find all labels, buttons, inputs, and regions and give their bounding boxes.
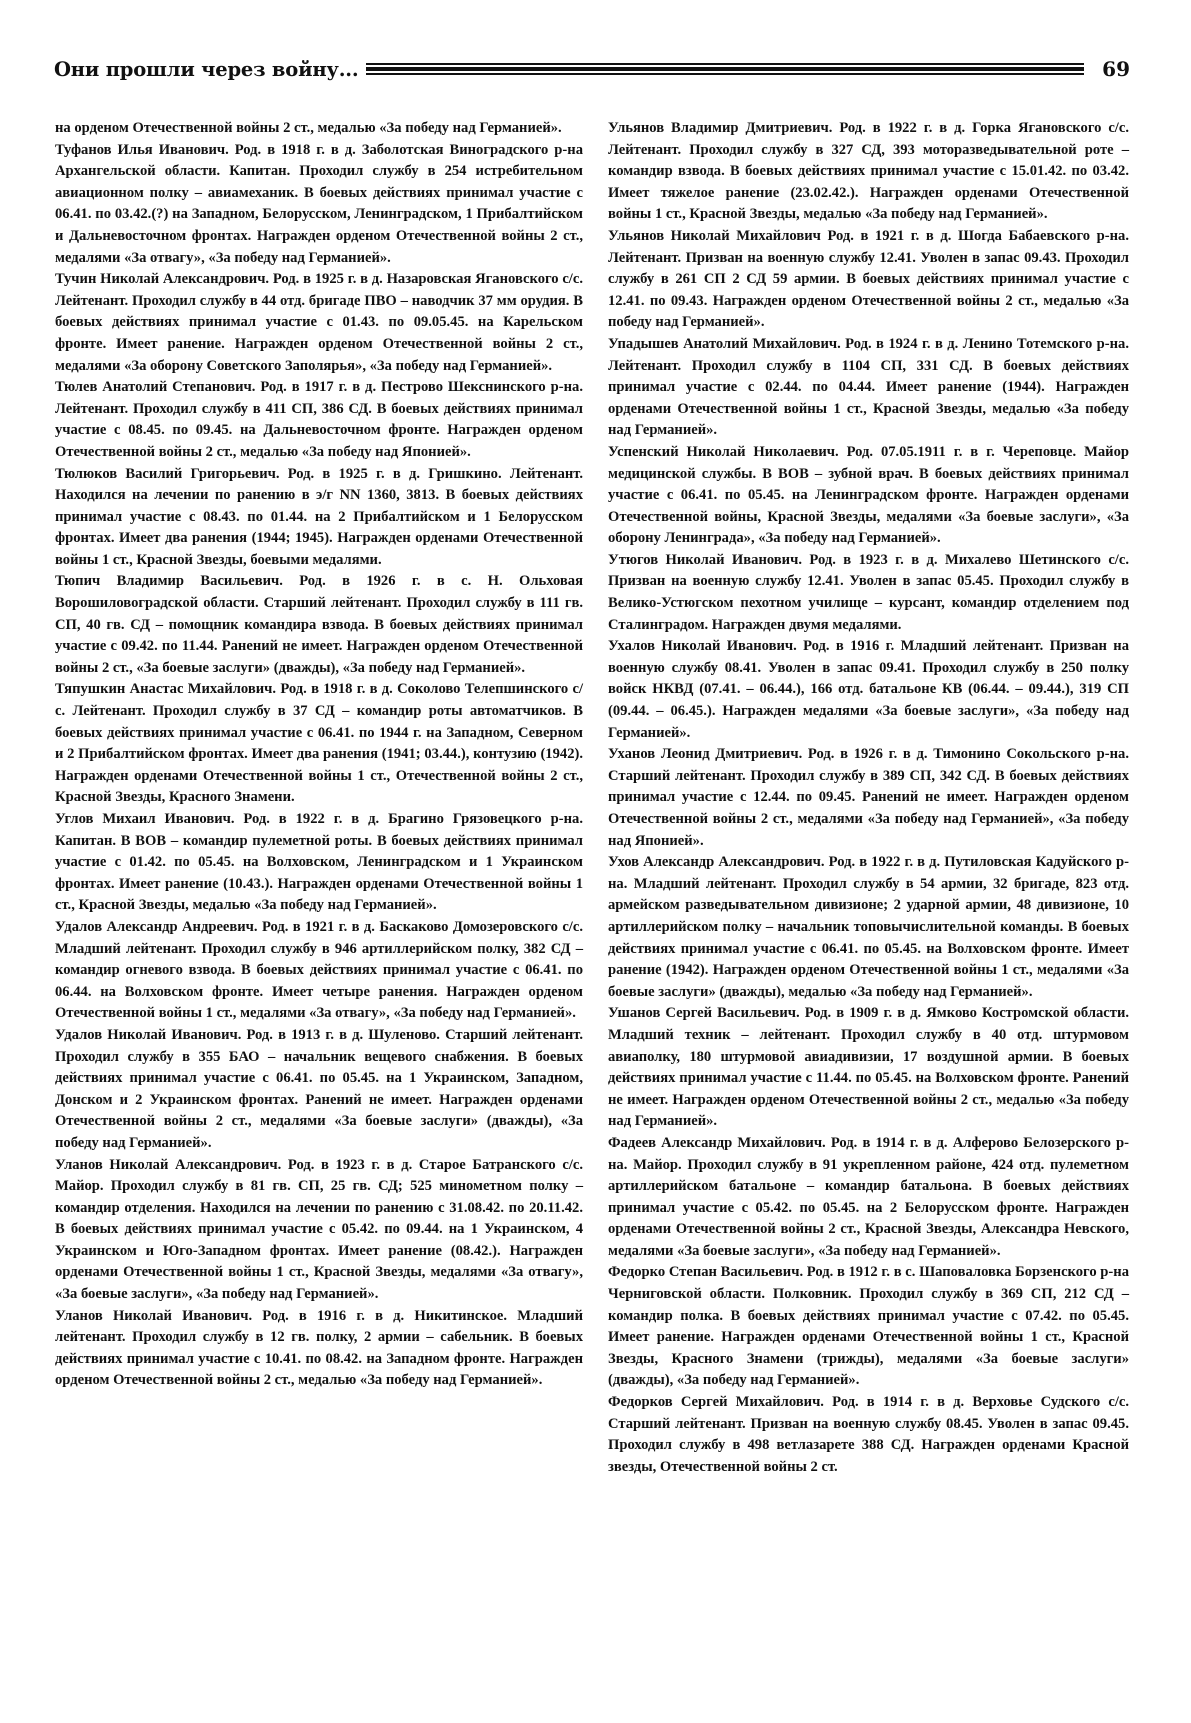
entry-name: Туфанов Илья Иванович.: [55, 142, 229, 158]
entry-text: Род. в 1922 г. в д. Путиловская Кадуйско…: [608, 854, 1129, 1000]
entry-name: Уланов Николай Иванович.: [55, 1308, 252, 1324]
entry-tyulyukov: Тюлюков Василий Григорьевич. Род. в 1925…: [55, 464, 583, 572]
entry-tyulev: Тюлев Анатолий Степанович. Род. в 1917 г…: [55, 377, 583, 463]
entry-fedorkov: Федорков Сергей Михайлович. Род. в 1914 …: [608, 1392, 1129, 1478]
entry-continuation: на орденом Отечественной войны 2 ст., ме…: [55, 118, 583, 140]
entry-name: Федорков Сергей Михайлович.: [608, 1394, 824, 1410]
entry-upadyshev: Упадышев Анатолий Михайлович. Род. в 192…: [608, 334, 1129, 442]
entry-udalov-n: Удалов Николай Иванович. Род. в 1913 г. …: [55, 1025, 583, 1155]
entry-name: Уханов Леонид Дмитриевич.: [608, 746, 802, 762]
entry-text: Род. в 1909 г. в д. Ямково Костромской о…: [608, 1005, 1129, 1129]
entry-name: Уланов Николай Александрович.: [55, 1157, 281, 1173]
entry-name: Тяпушкин Анастас Михайлович.: [55, 681, 276, 697]
entry-ushanov: Ушанов Сергей Васильевич. Род. в 1909 г.…: [608, 1003, 1129, 1133]
entry-name: Ульянов Николай Михайлович: [608, 228, 821, 244]
entry-name: Ухалов Николай Иванович.: [608, 638, 797, 654]
entry-name: Удалов Александр Андреевич.: [55, 919, 258, 935]
entry-name: Углов Михаил Иванович.: [55, 811, 234, 827]
entry-name: Тюлюков Василий Григорьевич.: [55, 466, 280, 482]
entry-name: Ушанов Сергей Васильевич.: [608, 1005, 800, 1021]
entry-ulyanov-n: Ульянов Николай Михайлович Род. в 1921 г…: [608, 226, 1129, 334]
running-title: Они прошли через войну...: [54, 58, 358, 81]
entry-ulanov-ni: Уланов Николай Иванович. Род. в 1916 г. …: [55, 1306, 583, 1392]
entry-text: Род. в 1913 г. в д. Шуленово. Старший ле…: [55, 1027, 583, 1151]
entry-fadeev: Фадеев Александр Михайлович. Род. в 1914…: [608, 1133, 1129, 1263]
entry-name: Упадышев Анатолий Михайлович.: [608, 336, 841, 352]
page-number: 69: [1102, 57, 1130, 81]
entry-uglov: Углов Михаил Иванович. Род. в 1922 г. в …: [55, 809, 583, 917]
entry-name: Тучин Николай Александрович.: [55, 271, 269, 287]
running-header: Они прошли через войну... 69: [54, 52, 1130, 86]
entry-tyupich: Тюпич Владимир Васильевич. Род. в 1926 г…: [55, 571, 583, 679]
entry-ulyanov-v: Ульянов Владимир Дмитриевич. Род. в 1922…: [608, 118, 1129, 226]
entry-utyugov: Утюгов Николай Иванович. Род. в 1923 г. …: [608, 550, 1129, 636]
entry-name: Тюлев Анатолий Степанович.: [55, 379, 255, 395]
left-column: на орденом Отечественной войны 2 ст., ме…: [55, 118, 583, 1392]
entry-name: Успенский Николай Николаевич.: [608, 444, 839, 460]
entry-ulanov-na: Уланов Николай Александрович. Род. в 192…: [55, 1155, 583, 1306]
entry-name: Ульянов Владимир Дмитриевич.: [608, 120, 832, 136]
rule-line-thin-top: [366, 63, 1084, 65]
entry-uspensky: Успенский Николай Николаевич. Род. 07.05…: [608, 442, 1129, 550]
right-column: Ульянов Владимир Дмитриевич. Род. в 1922…: [608, 118, 1129, 1478]
entry-tufanov: Туфанов Илья Иванович. Род. в 1918 г. в …: [55, 140, 583, 270]
entry-tuchin: Тучин Николай Александрович. Род. в 1925…: [55, 269, 583, 377]
entry-name: Тюпич Владимир Васильевич.: [55, 573, 283, 589]
rule-line-thick: [366, 67, 1084, 71]
entry-text: Род. в 1923 г. в д. Старое Батранского с…: [55, 1157, 583, 1303]
entry-fedorko: Федорко Степан Васильевич. Род. в 1912 г…: [608, 1262, 1129, 1392]
rule-line-thin-bottom: [366, 73, 1084, 75]
entry-ukhalov: Ухалов Николай Иванович. Род. в 1916 г. …: [608, 636, 1129, 744]
header-rule-divider: [366, 62, 1084, 76]
entry-name: Фадеев Александр Михайлович.: [608, 1135, 826, 1151]
entry-text: Род. в 1914 г. в д. Алферово Белозерског…: [608, 1135, 1129, 1259]
entry-text: Род. в 1912 г. в с. Шаповаловка Борзенск…: [608, 1264, 1129, 1388]
entry-text: Род. в 1918 г. в д. Заболотская Виноград…: [55, 142, 583, 266]
entry-name: Федорко Степан Васильевич.: [608, 1264, 803, 1280]
entry-ukhov: Ухов Александр Александрович. Род. в 192…: [608, 852, 1129, 1003]
entry-name: Ухов Александр Александрович.: [608, 854, 825, 870]
entry-udalov-a: Удалов Александр Андреевич. Род. в 1921 …: [55, 917, 583, 1025]
entry-tyapushkin: Тяпушкин Анастас Михайлович. Род. в 1918…: [55, 679, 583, 809]
entry-name: Удалов Николай Иванович.: [55, 1027, 241, 1043]
entry-ukhanov: Уханов Леонид Дмитриевич. Род. в 1926 г.…: [608, 744, 1129, 852]
entry-name: Утюгов Николай Иванович.: [608, 552, 802, 568]
entry-text: Род. в 1918 г. в д. Соколово Телепшинско…: [55, 681, 583, 805]
